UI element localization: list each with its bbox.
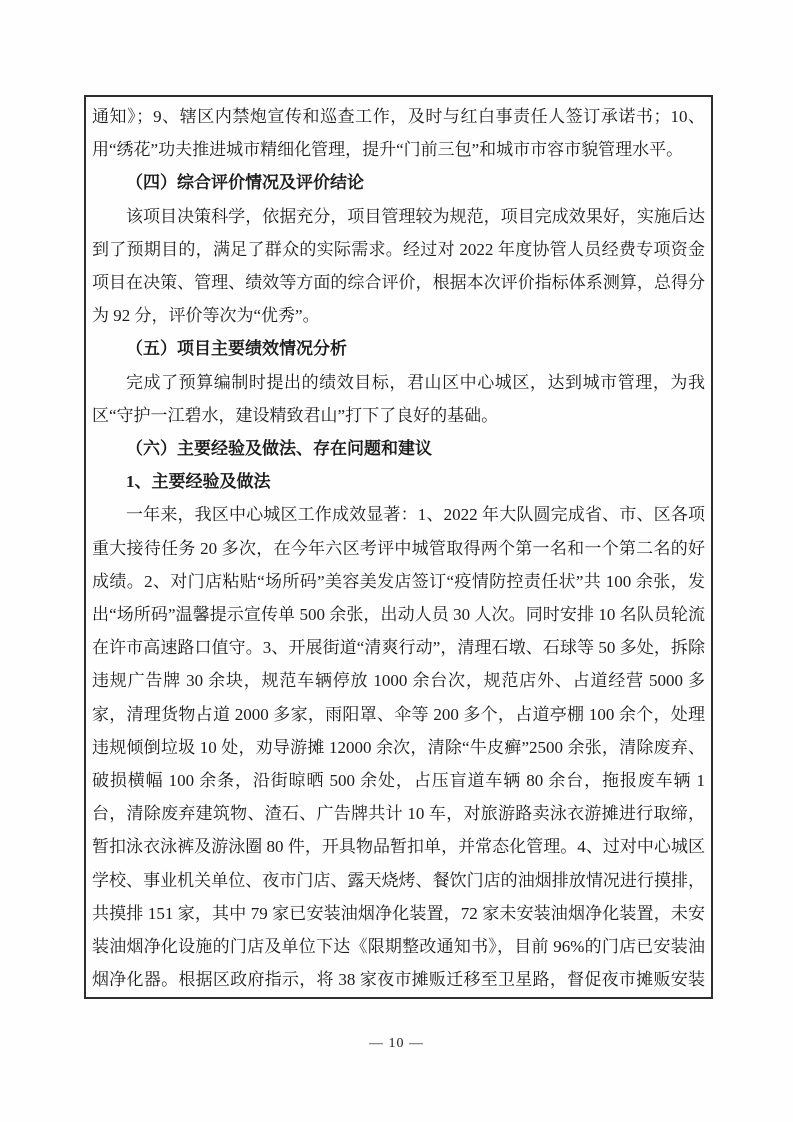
section-heading-overall-evaluation: （四）综合评价情况及评价结论 (92, 166, 705, 199)
paragraph-evaluation-conclusion: 该项目决策科学，依据充分，项目管理较为规范，项目完成效果好，实施后达到了预期目的… (92, 200, 705, 333)
paragraph-performance-analysis: 完成了预算编制时提出的绩效目标，君山区中心城区，达到城市管理，为我区“守护一江碧… (92, 366, 705, 432)
subsection-heading-main-experience: 1、主要经验及做法 (92, 465, 705, 498)
paragraph-continuation: 通知》；9、辖区内禁炮宣传和巡查工作，及时与红白事责任人签订承诺书；10、用“绣… (92, 100, 705, 166)
section-heading-performance-analysis: （五）项目主要绩效情况分析 (92, 332, 705, 365)
content-border-box: 通知》；9、辖区内禁炮宣传和巡查工作，及时与红白事责任人签订承诺书；10、用“绣… (84, 95, 713, 999)
paragraph-main-experience: 一年来，我区中心城区工作成效显著：1、2022 年大队圆完成省、市、区各项重大接… (92, 498, 705, 999)
section-heading-experience-problems-suggestions: （六）主要经验及做法、存在问题和建议 (92, 432, 705, 465)
document-page: 通知》；9、辖区内禁炮宣传和巡查工作，及时与红白事责任人签订承诺书；10、用“绣… (0, 0, 793, 1122)
page-number: — 10 — (0, 1036, 793, 1052)
